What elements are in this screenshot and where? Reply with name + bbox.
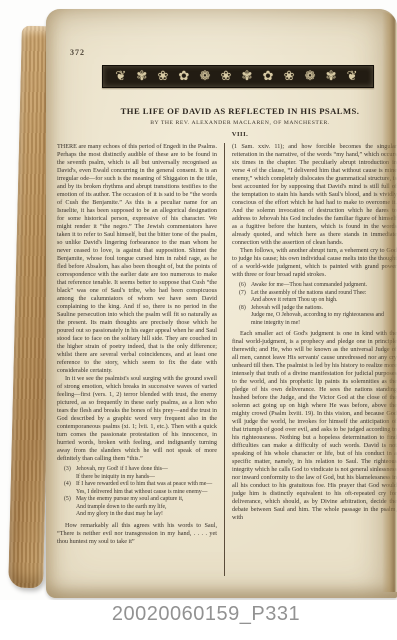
verse-text: If I have rewarded evil to him that was …: [76, 481, 217, 489]
verse-text: And trample down to the earth my life,: [76, 504, 217, 512]
verse-block: (3)Jehovah, my God! if I have done this—…: [64, 466, 217, 519]
text-columns: THERE are many echoes of this period of …: [57, 143, 397, 576]
paragraph: In it we see the psalmist's soul surging…: [57, 375, 217, 463]
paragraph: THERE are many echoes of this period of …: [57, 143, 217, 375]
verse-text: Let the assembly of the nations stand ro…: [251, 290, 397, 298]
verse-line: If there be iniquity in my hands—: [64, 474, 217, 482]
verse-line: (4)If I have rewarded evil to him that w…: [64, 481, 217, 489]
article-byline: BY THE REV. ALEXANDER MACLAREN, OF MANCH…: [88, 120, 392, 126]
floral-ornament-band: ❦ ✾ ❀ ✿ ❁ ❀ ✾ ✿ ❀ ❁ ✾ ❦: [102, 65, 374, 88]
verse-line: (3)Jehovah, my God! if I have done this—: [64, 466, 217, 474]
verse-number: (5): [64, 496, 76, 504]
verse-text: Jehovah will judge the nations.: [251, 305, 397, 313]
verse-number: [239, 312, 251, 327]
section-number: VIII.: [88, 131, 392, 138]
verse-text: And above it return Thou up on high.: [251, 297, 397, 305]
verse-line: And my glory in the dust may he lay!: [64, 511, 217, 519]
paragraph: Each smaller act of God's judgment is on…: [232, 330, 397, 522]
verse-line: (6)Awake for me—Thou hast commanded judg…: [239, 282, 397, 290]
verse-text: Awake for me—Thou hast commanded judgmen…: [251, 282, 397, 290]
verse-number: (6): [239, 282, 251, 290]
paragraph: (1 Sam. xxiv. 11); and how forcible beco…: [232, 143, 397, 247]
verse-number: [64, 504, 76, 512]
verse-number: (4): [64, 481, 76, 489]
verse-number: [64, 511, 76, 519]
verse-text: If there be iniquity in my hands—: [76, 474, 217, 482]
verse-number: (7): [239, 290, 251, 298]
verse-line: Judge me, O Jehovah, according to my rig…: [239, 312, 397, 327]
verse-number: [64, 489, 76, 497]
scan-id-label: 20020060159_P331: [112, 603, 300, 626]
verse-line: And trample down to the earth my life,: [64, 504, 217, 512]
scanned-book-photo: 372 ❦ ✾ ❀ ✿ ❁ ❀ ✾ ✿ ❀ ❁ ✾ ❦ THE LIFE OF …: [0, 0, 397, 640]
left-column: THERE are many echoes of this period of …: [57, 143, 224, 576]
verse-line: And above it return Thou up on high.: [239, 297, 397, 305]
verse-text: May the enemy pursue my soul and capture…: [76, 496, 217, 504]
paragraph: Then follows, with another abrupt turn, …: [232, 247, 397, 279]
verse-block: (6)Awake for me—Thou hast commanded judg…: [239, 282, 397, 327]
verse-text: Judge me, O Jehovah, according to my rig…: [251, 312, 397, 327]
verse-line: (5)May the enemy pursue my soul and capt…: [64, 496, 217, 504]
flower-glyphs-icon: ❦ ✾ ❀ ✿ ❁ ❀ ✾ ✿ ❀ ❁ ✾ ❦: [115, 69, 360, 84]
paragraph: How remarkably all this agrees with his …: [57, 522, 217, 546]
right-column: (1 Sam. xxiv. 11); and how forcible beco…: [225, 143, 397, 576]
verse-number: (3): [64, 466, 76, 474]
verse-line: (8)Jehovah will judge the nations.: [239, 305, 397, 313]
page-number: 372: [70, 48, 85, 57]
verse-number: (8): [239, 305, 251, 313]
verse-number: [64, 474, 76, 482]
verse-text: Yes, I delivered him that without cause …: [76, 489, 217, 497]
verse-line: (7)Let the assembly of the nations stand…: [239, 290, 397, 298]
verse-line: Yes, I delivered him that without cause …: [64, 489, 217, 497]
verse-number: [239, 297, 251, 305]
verse-text: Jehovah, my God! if I have done this—: [76, 466, 217, 474]
article-title: THE LIFE OF DAVID AS REFLECTED IN HIS PS…: [88, 106, 392, 116]
verse-text: And my glory in the dust may he lay!: [76, 511, 217, 519]
